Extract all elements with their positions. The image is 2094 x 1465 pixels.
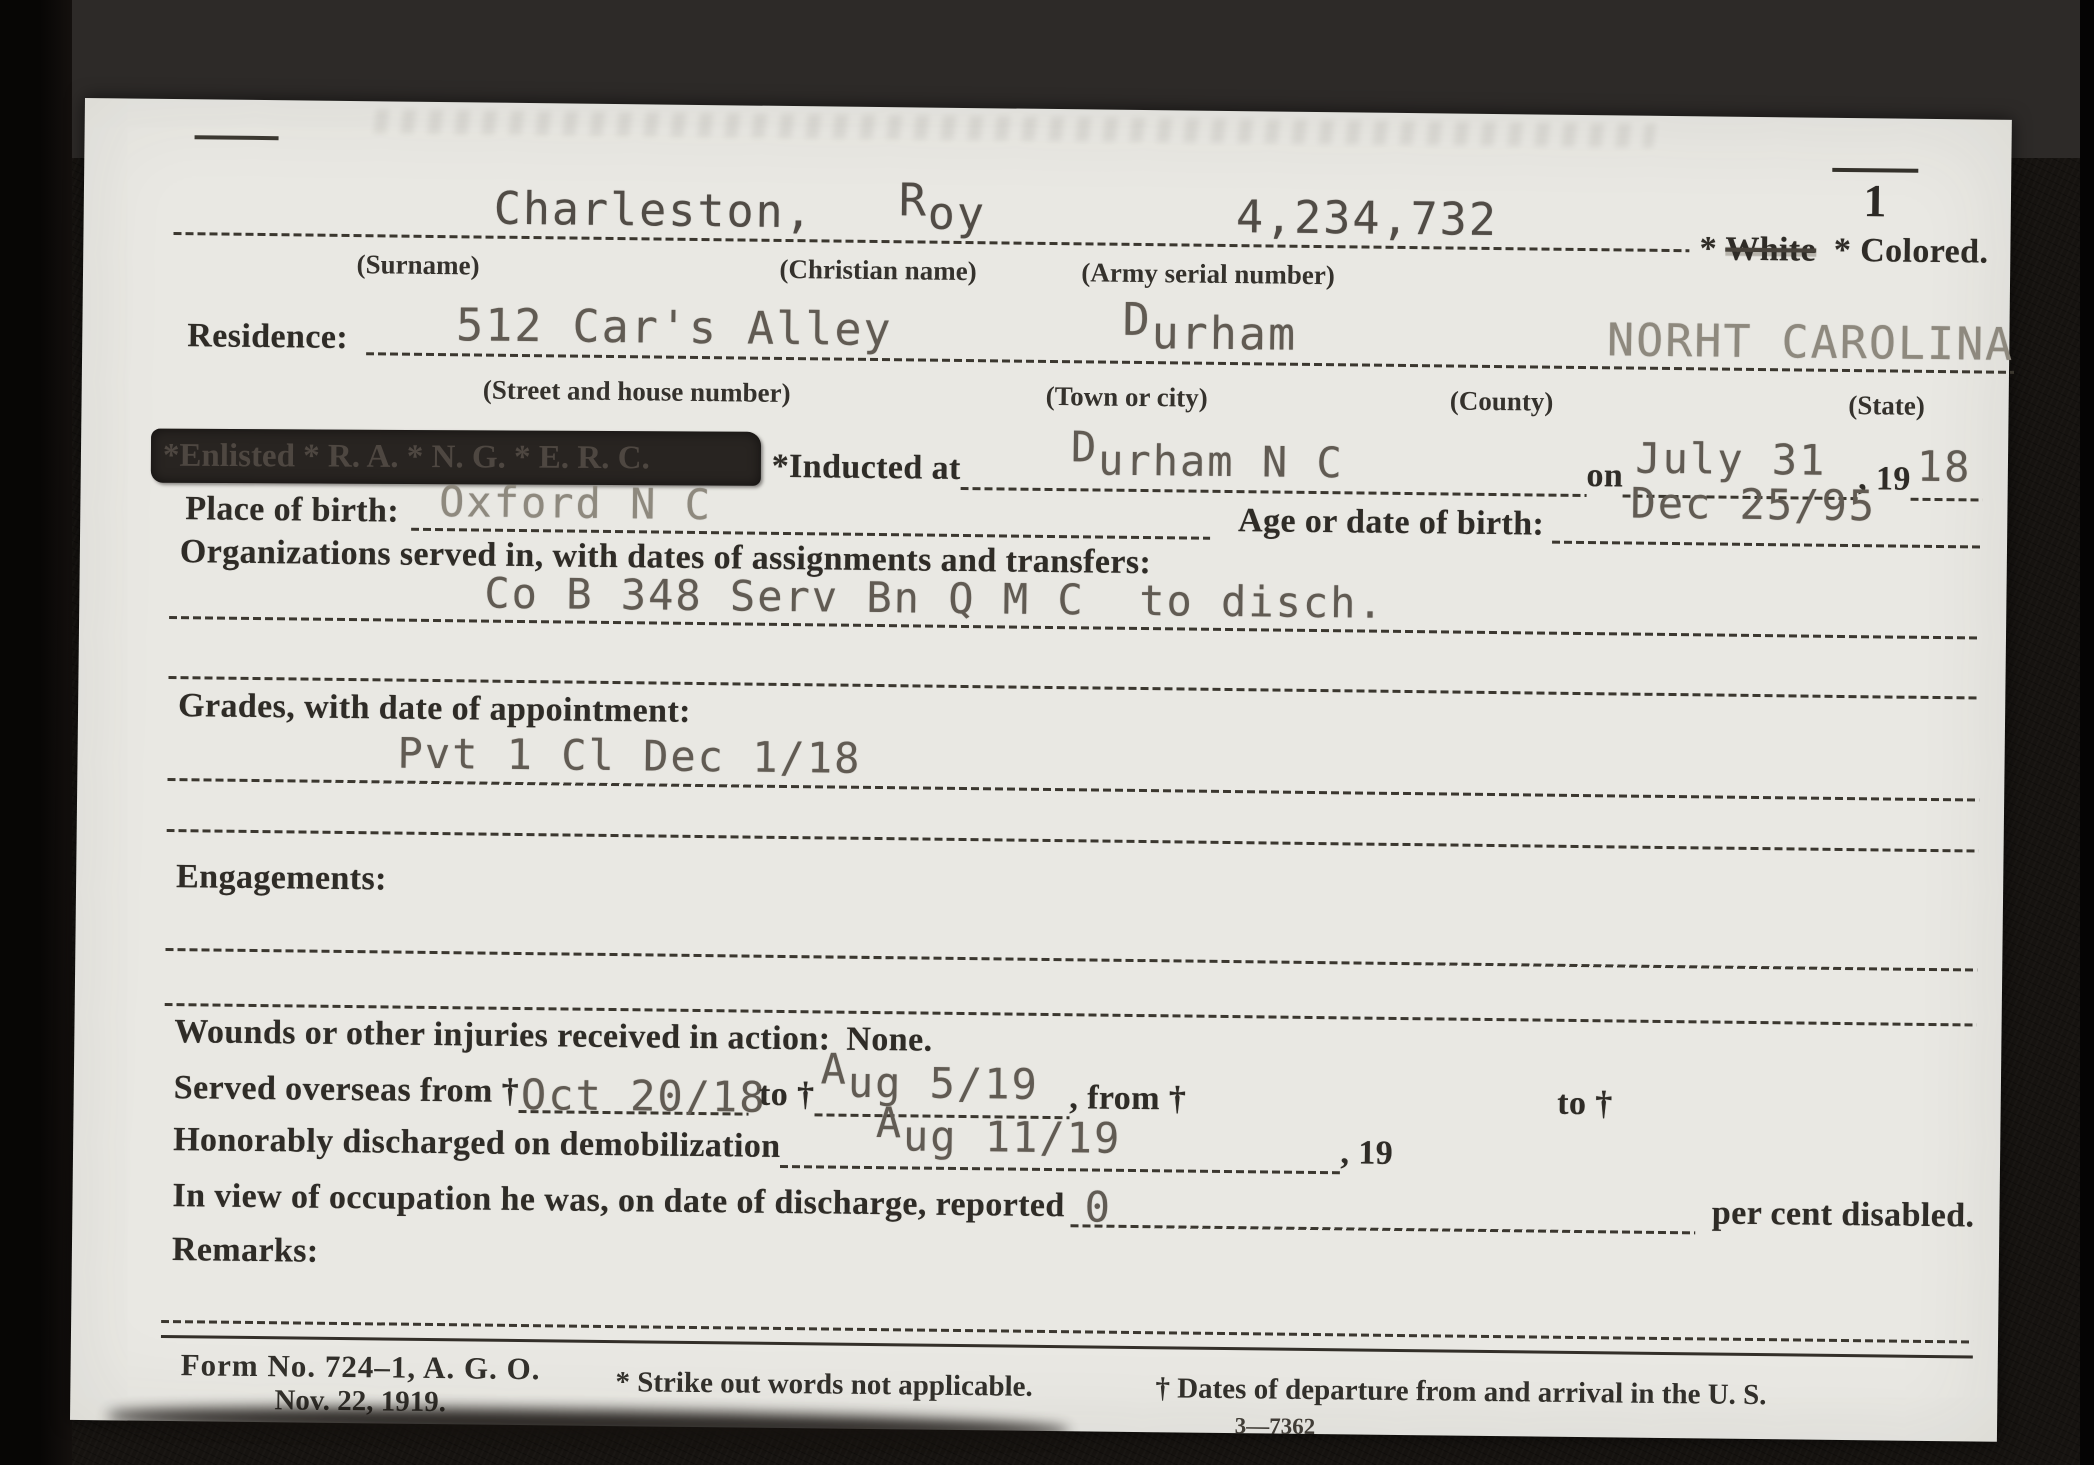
discharge-year-rule bbox=[1393, 1175, 1508, 1176]
army-serial-number-label: (Army serial number) bbox=[1081, 257, 1335, 291]
grades-label: Grades, with date of appointment: bbox=[178, 687, 691, 731]
discharge-date-rule: Aug 11/19 bbox=[780, 1110, 1341, 1174]
christian-name-label: (Christian name) bbox=[779, 254, 977, 287]
remarks-label: Remarks: bbox=[172, 1231, 319, 1271]
organizations-value: Co B 348 Serv Bn Q M C to disch. bbox=[484, 569, 1385, 628]
residence-line-labels: (Street and house number) (Town or city)… bbox=[82, 370, 2009, 422]
scan-mat-right-edge bbox=[2080, 0, 2094, 1465]
inducted-date-value: July 31 bbox=[1635, 434, 1827, 485]
dagger-note: † Dates of departure from and arrival in… bbox=[1155, 1372, 1766, 1412]
grades-value: Pvt 1 Cl Dec 1/18 bbox=[397, 729, 861, 783]
town-label: (Town or city) bbox=[1046, 381, 1208, 414]
race-white-struck: White bbox=[1725, 231, 1816, 269]
overseas-to1-label: to † bbox=[759, 1076, 815, 1115]
wounds-value: None. bbox=[846, 1021, 932, 1060]
remarks-rule bbox=[332, 1271, 1973, 1290]
age-value: Dec 25/95 bbox=[1630, 479, 1876, 531]
print-code: 3—7362 bbox=[1175, 1412, 1375, 1440]
army-serial-number-value: 4,234,732 bbox=[1236, 190, 1498, 246]
disability-value: 0 bbox=[1084, 1182, 1112, 1231]
place-of-birth-rule: Oxford N C bbox=[411, 477, 1211, 540]
state-value: NORHT CAROLINA bbox=[1607, 313, 2015, 371]
scan-mat-left-strip bbox=[0, 0, 72, 1465]
wounds-label: Wounds or other injuries received in act… bbox=[174, 1013, 830, 1058]
wounds-line: Wounds or other injuries received in act… bbox=[174, 1011, 933, 1060]
blank-rule-2 bbox=[167, 818, 1979, 853]
discharge-label: Honorably discharged on demobilization bbox=[173, 1121, 781, 1166]
residence-line: Residence: 512 Car's Alley Durham NORHT … bbox=[187, 301, 1987, 373]
race-star-1: * bbox=[1699, 230, 1725, 267]
overseas-from1-value: Oct 20/18 bbox=[521, 1070, 767, 1122]
place-of-birth-value: Oxford N C bbox=[439, 477, 712, 529]
organizations-value-line: Co B 348 Serv Bn Q M C to disch. bbox=[169, 575, 1981, 640]
place-of-birth-label: Place of birth: bbox=[185, 490, 399, 530]
overseas-to2-rule bbox=[1612, 1125, 1975, 1129]
age-rule: Dec 25/95 bbox=[1552, 478, 1983, 549]
surname-label: (Surname) bbox=[356, 249, 479, 281]
name-rule: Charleston, Roy 4,234,732 bbox=[173, 178, 1690, 252]
engagements-label: Engagements: bbox=[176, 858, 387, 898]
street-value: 512 Car's Alley bbox=[456, 298, 893, 356]
overseas-from1-rule: Oct 20/18 bbox=[519, 1070, 749, 1116]
form-date: Nov. 22, 1919. bbox=[160, 1383, 560, 1421]
remarks-line: Remarks: bbox=[172, 1225, 1974, 1289]
disability-label: In view of occupation he was, on date of… bbox=[172, 1177, 1065, 1225]
grades-value-line: Pvt 1 Cl Dec 1/18 bbox=[167, 733, 1979, 802]
discharge-date-value: Aug 11/19 bbox=[875, 1111, 1121, 1163]
inducted-place-value: Durham N C bbox=[1071, 435, 1344, 487]
page-number-overline bbox=[1832, 168, 1918, 173]
age-label: Age or date of birth: bbox=[1238, 502, 1545, 543]
street-label: (Street and house number) bbox=[483, 375, 791, 409]
residence-rule: 512 Car's Alley Durham NORHT CAROLINA bbox=[366, 297, 2015, 374]
scanned-photo-background: { "colors": { "background": "#161310", "… bbox=[0, 0, 2094, 1465]
town-value: Durham bbox=[1122, 306, 1297, 361]
overseas-label: Served overseas from † bbox=[174, 1069, 520, 1111]
christian-name-value: Roy bbox=[898, 186, 986, 240]
service-record-card: 1 Charleston, Roy 4,234,732 * White * Co… bbox=[70, 98, 2012, 1442]
disability-rule: 0 bbox=[1070, 1182, 1696, 1234]
race-star-2: * bbox=[1816, 232, 1861, 269]
overseas-to1-value: Aug 5/19 bbox=[820, 1057, 1039, 1108]
race-colored: Colored. bbox=[1860, 232, 1989, 270]
discharge-line: Honorably discharged on demobilization A… bbox=[173, 1113, 1509, 1176]
discharge-year-label: , 19 bbox=[1340, 1134, 1393, 1173]
surname-value: Charleston, bbox=[493, 182, 814, 239]
residence-label: Residence: bbox=[187, 317, 348, 357]
overseas-to2-label: to † bbox=[1557, 1085, 1613, 1124]
engagements-line: Engagements: bbox=[176, 856, 1978, 916]
form-number: Form No. 724–1, A. G. O. bbox=[160, 1347, 560, 1388]
blank-rule-3 bbox=[165, 937, 1977, 972]
top-left-pen-dash bbox=[195, 135, 279, 140]
engagements-rule bbox=[399, 899, 1978, 917]
disability-suffix: per cent disabled. bbox=[1712, 1195, 1975, 1236]
county-label: (County) bbox=[1450, 386, 1554, 418]
state-label: (State) bbox=[1848, 390, 1925, 422]
name-line: Charleston, Roy 4,234,732 * White * Colo… bbox=[173, 183, 1988, 256]
form-number-block: Form No. 724–1, A. G. O. Nov. 22, 1919. bbox=[160, 1347, 561, 1421]
strike-out-note: * Strike out words not applicable. bbox=[615, 1366, 1033, 1404]
